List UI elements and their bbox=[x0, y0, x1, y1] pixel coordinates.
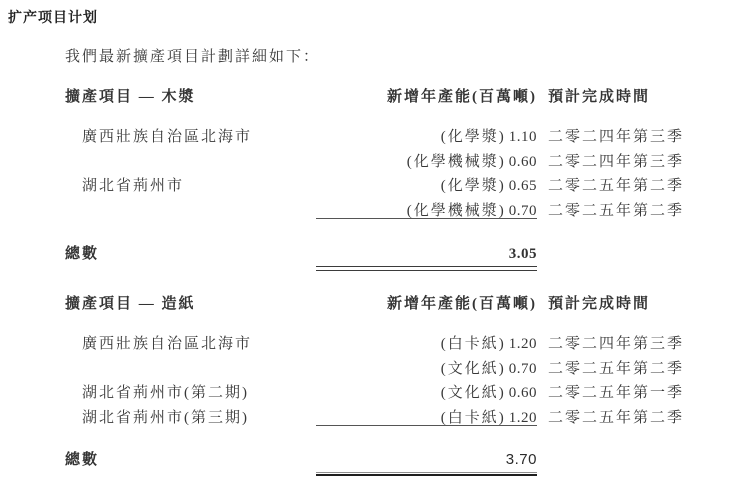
table-row: (文化紙)0.70 二零二五年第二季 bbox=[65, 357, 745, 382]
capacity-value: 1.20 bbox=[509, 410, 537, 426]
table-row: 湖北省荊州市(第二期) (文化紙)0.60 二零二五年第一季 bbox=[65, 381, 745, 406]
intro-text: 我們最新擴產項目計劃詳細如下： bbox=[65, 47, 745, 67]
time-cell: 二零二五年第一季 bbox=[537, 381, 737, 406]
capacity-label: (白卡紙) bbox=[441, 410, 506, 426]
grand-total-rule bbox=[316, 472, 537, 476]
project-cell bbox=[65, 357, 316, 382]
capacity-cell: (化學機械漿)0.70 bbox=[316, 199, 537, 224]
capacity-cell: (化學漿)1.10 bbox=[316, 125, 537, 150]
table-row: 廣西壯族自治區北海市 (白卡紙)1.20 二零二四年第三季 bbox=[65, 332, 745, 357]
table-rows: 廣西壯族自治區北海市 (白卡紙)1.20 二零二四年第三季 (文化紙)0.70 … bbox=[65, 332, 745, 430]
project-cell: 湖北省荊州市 bbox=[65, 174, 316, 199]
capacity-cell: (白卡紙)1.20 bbox=[316, 332, 537, 357]
project-cell: 廣西壯族自治區北海市 bbox=[65, 332, 316, 357]
total-label: 總數 bbox=[65, 244, 316, 264]
capacity-label: (化學漿) bbox=[441, 178, 506, 194]
capacity-label: (化學機械漿) bbox=[407, 203, 506, 219]
capacity-value: 0.65 bbox=[509, 178, 537, 194]
capacity-value: 1.10 bbox=[509, 129, 537, 145]
project-cell: 湖北省荊州市(第三期) bbox=[65, 406, 316, 431]
table-row: (化學機械漿)0.60 二零二四年第三季 bbox=[65, 150, 745, 175]
capacity-value: 0.60 bbox=[509, 385, 537, 401]
paper-expansion-table: 擴產項目 — 造紙 新增年產能(百萬噸) 預計完成時間 廣西壯族自治區北海市 (… bbox=[65, 294, 745, 476]
table-row: 湖北省荊州市(第三期) (白卡紙)1.20 二零二五年第二季 bbox=[65, 406, 745, 431]
time-column-header: 預計完成時間 bbox=[537, 294, 737, 314]
capacity-label: (化學機械漿) bbox=[407, 154, 506, 170]
total-row: 總數 3.05 bbox=[65, 244, 745, 264]
capacity-label: (文化紙) bbox=[441, 361, 506, 377]
grand-total-rule bbox=[316, 266, 537, 271]
project-cell bbox=[65, 150, 316, 175]
table-rows: 廣西壯族自治區北海市 (化學漿)1.10 二零二四年第三季 (化學機械漿)0.6… bbox=[65, 125, 745, 223]
table-header-row: 擴產項目 — 木漿 新增年產能(百萬噸) 預計完成時間 bbox=[65, 87, 745, 107]
time-cell: 二零二四年第三季 bbox=[537, 150, 737, 175]
capacity-column-header: 新增年產能(百萬噸) bbox=[316, 87, 537, 107]
project-cell bbox=[65, 199, 316, 224]
project-cell: 廣西壯族自治區北海市 bbox=[65, 125, 316, 150]
capacity-value: 0.70 bbox=[509, 203, 537, 219]
capacity-label: (白卡紙) bbox=[441, 336, 506, 352]
time-column-header: 預計完成時間 bbox=[537, 87, 737, 107]
table-row: 廣西壯族自治區北海市 (化學漿)1.10 二零二四年第三季 bbox=[65, 125, 745, 150]
capacity-cell: (化學漿)0.65 bbox=[316, 174, 537, 199]
capacity-value: 0.60 bbox=[509, 154, 537, 170]
capacity-value: 1.20 bbox=[509, 336, 537, 352]
document-page: 扩产项目计划 我們最新擴產項目計劃詳細如下： 擴產項目 — 木漿 新增年產能(百… bbox=[0, 0, 745, 497]
time-cell: 二零二五年第二季 bbox=[537, 199, 737, 224]
capacity-cell: (化學機械漿)0.60 bbox=[316, 150, 537, 175]
capacity-column-header: 新增年產能(百萬噸) bbox=[316, 294, 537, 314]
capacity-value: 0.70 bbox=[509, 361, 537, 377]
table-row: 湖北省荊州市 (化學漿)0.65 二零二五年第二季 bbox=[65, 174, 745, 199]
project-cell: 湖北省荊州市(第二期) bbox=[65, 381, 316, 406]
total-row: 總數 3.70 bbox=[65, 450, 745, 470]
time-cell: 二零二四年第三季 bbox=[537, 125, 737, 150]
capacity-label: (化學漿) bbox=[441, 129, 506, 145]
document-body: 我們最新擴產項目計劃詳細如下： 擴產項目 — 木漿 新增年產能(百萬噸) 預計完… bbox=[65, 47, 745, 476]
total-label: 總數 bbox=[65, 450, 316, 470]
table-header-row: 擴產項目 — 造紙 新增年產能(百萬噸) 預計完成時間 bbox=[65, 294, 745, 314]
page-title: 扩产项目计划 bbox=[8, 9, 745, 25]
time-cell: 二零二四年第三季 bbox=[537, 332, 737, 357]
project-column-header: 擴產項目 — 造紙 bbox=[65, 294, 316, 314]
total-value: 3.70 bbox=[316, 450, 537, 470]
time-cell: 二零二五年第二季 bbox=[537, 406, 737, 431]
capacity-cell: (文化紙)0.60 bbox=[316, 381, 537, 406]
project-column-header: 擴產項目 — 木漿 bbox=[65, 87, 316, 107]
table-row: (化學機械漿)0.70 二零二五年第二季 bbox=[65, 199, 745, 224]
capacity-cell: (文化紙)0.70 bbox=[316, 357, 537, 382]
capacity-label: (文化紙) bbox=[441, 385, 506, 401]
pulp-expansion-table: 擴產項目 — 木漿 新增年產能(百萬噸) 預計完成時間 廣西壯族自治區北海市 (… bbox=[65, 87, 745, 271]
time-cell: 二零二五年第二季 bbox=[537, 357, 737, 382]
total-value: 3.05 bbox=[316, 244, 537, 264]
capacity-cell: (白卡紙)1.20 bbox=[316, 406, 537, 431]
time-cell: 二零二五年第二季 bbox=[537, 174, 737, 199]
